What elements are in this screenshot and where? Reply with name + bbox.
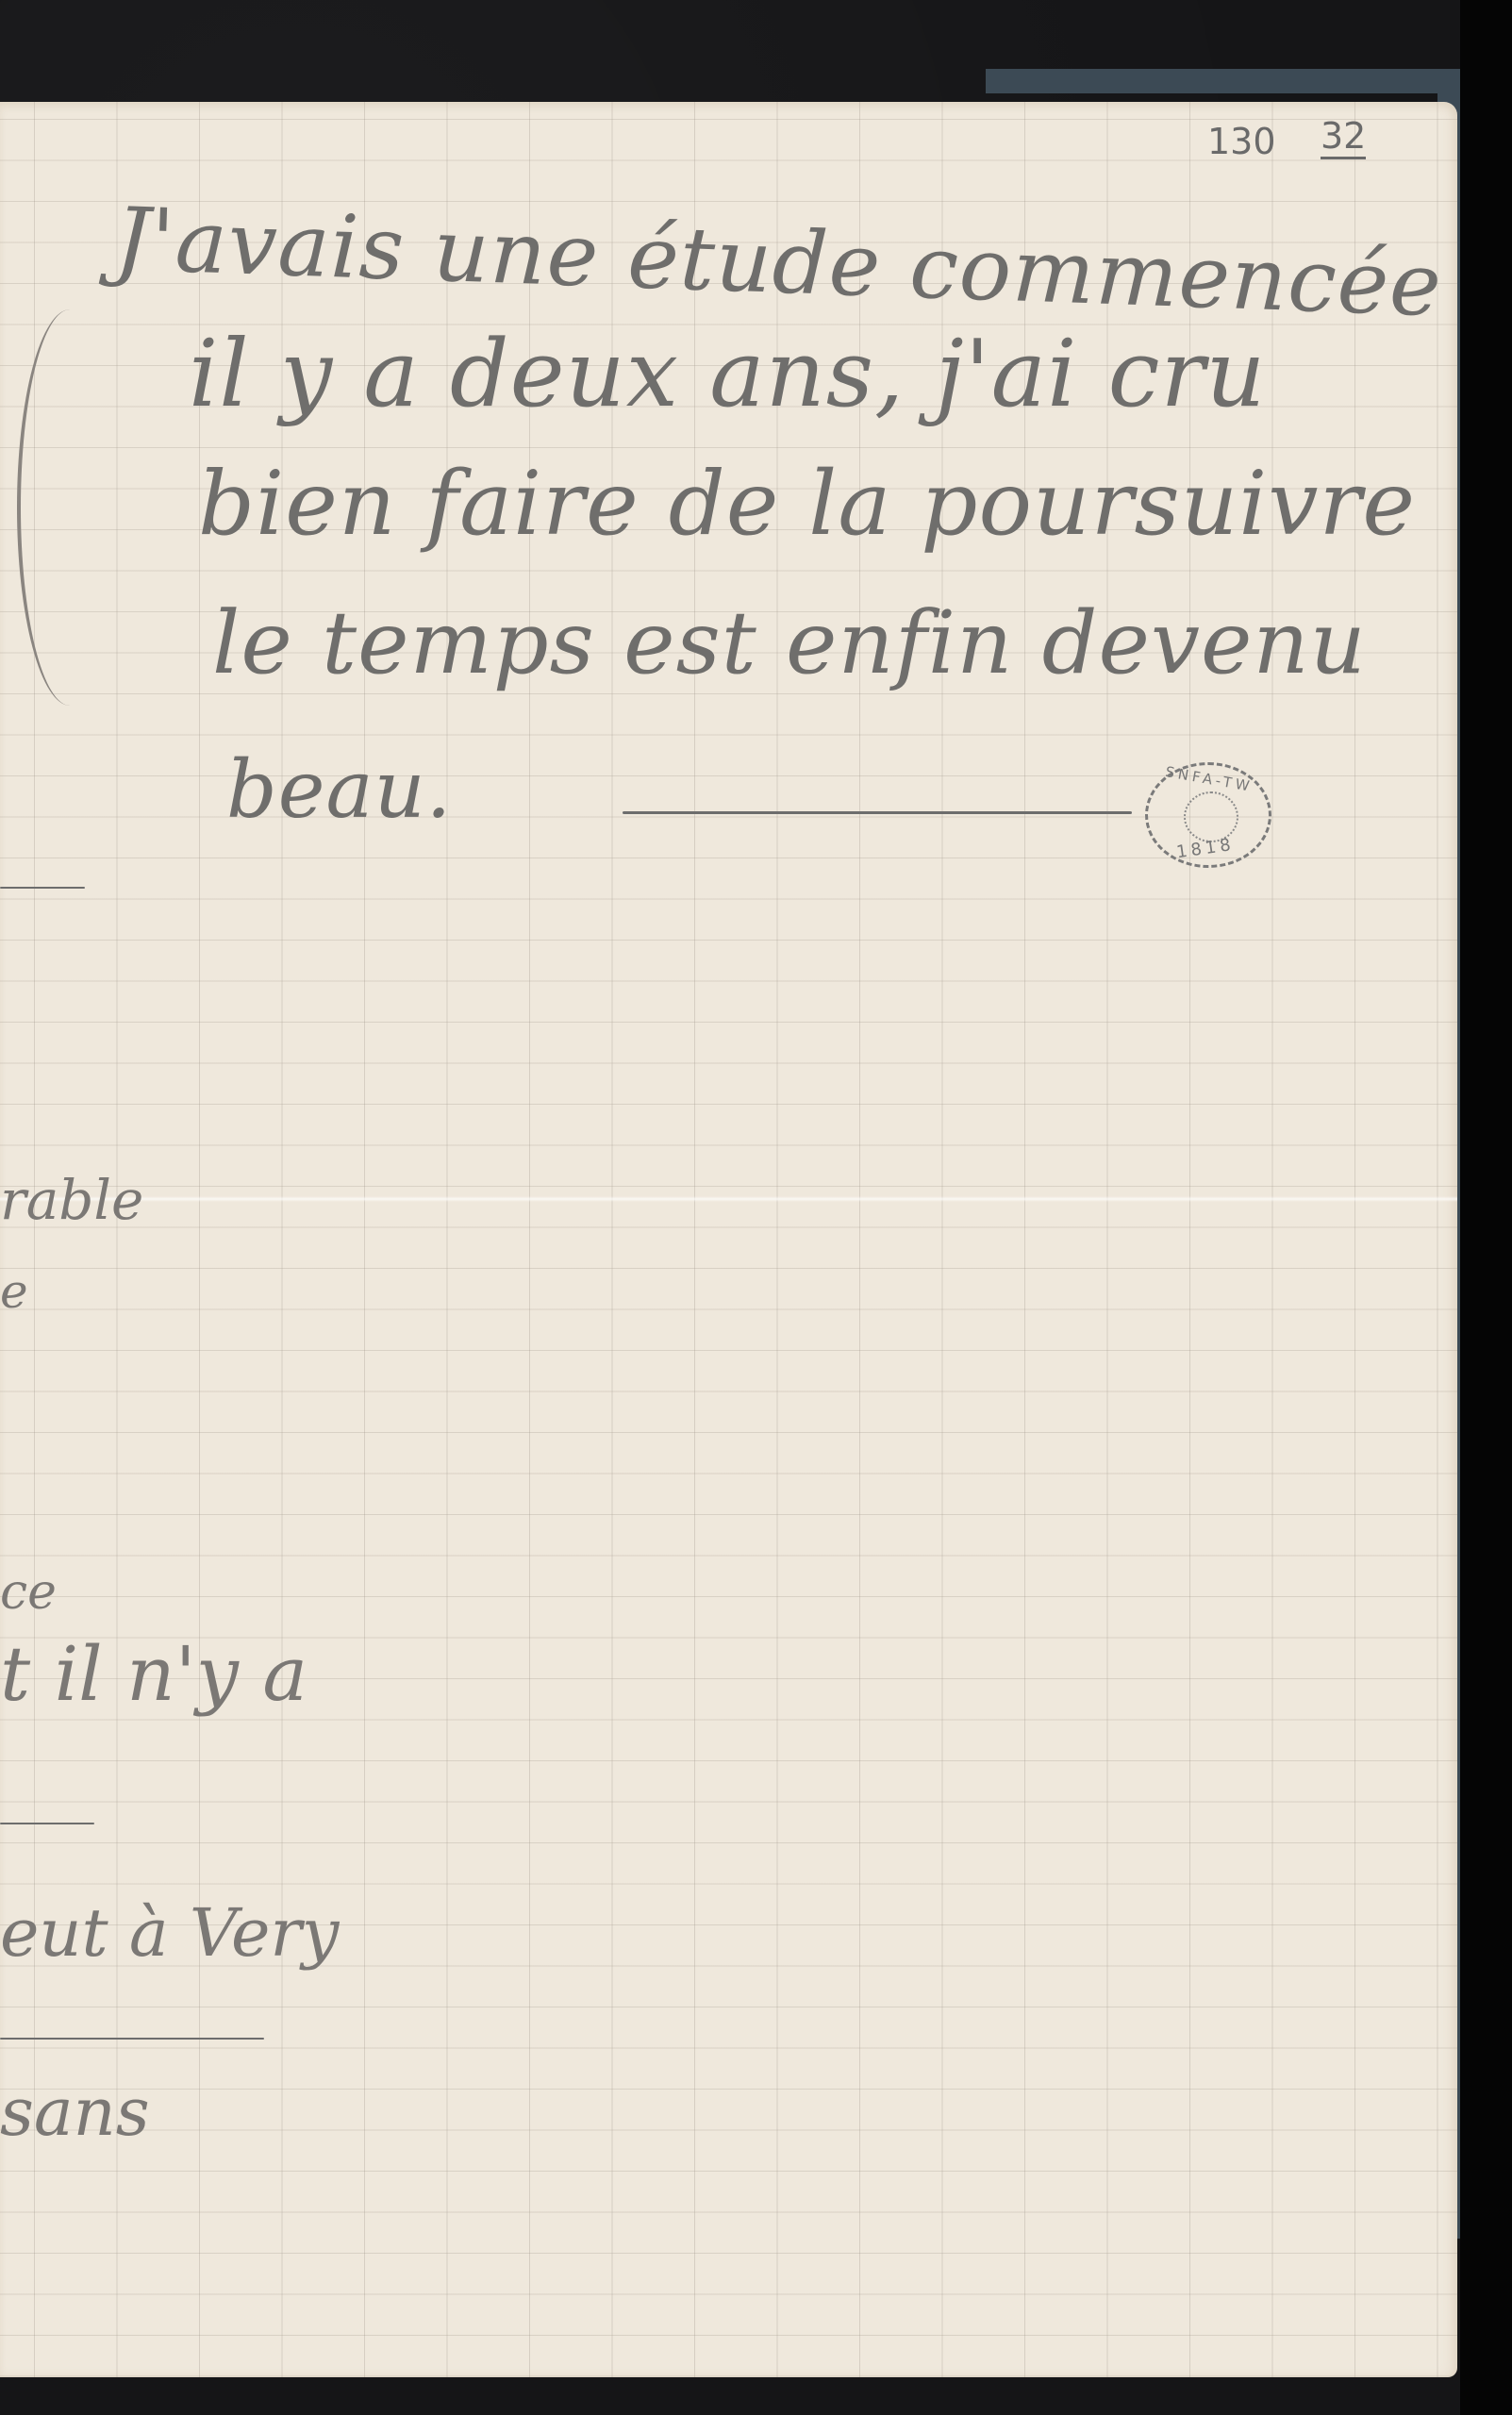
margin-bracket: [17, 309, 106, 706]
margin-underline: [0, 2038, 264, 2040]
text-line-3: bien faire de la poursuivre: [198, 453, 1416, 556]
margin-fragment-5: eut à Very: [0, 1894, 339, 1972]
text-line-2: il y a deux ans, j'ai cru: [189, 321, 1266, 428]
folio-new-number: 32: [1321, 115, 1366, 159]
margin-fragment-1: rable: [0, 1168, 143, 1232]
archive-stamp: SNFA-TW 1818: [1145, 762, 1271, 868]
stamp-year: 1818: [1175, 835, 1236, 862]
margin-fragment-4: t il n'y a: [0, 1630, 307, 1718]
manuscript-page: 130 32 J'avais une étude commencée il y …: [0, 102, 1457, 2377]
stamp-text: SNFA-TW: [1164, 763, 1254, 795]
margin-fragment-2: e: [0, 1264, 28, 1319]
margin-fragment-6: sans: [0, 2074, 150, 2151]
text-line-5: beau.: [226, 743, 452, 836]
margin-dash-2: [0, 1823, 94, 1824]
text-line-1: J'avais une étude commencée: [113, 189, 1444, 336]
margin-fragment-3: ce: [0, 1564, 57, 1621]
closing-rule: [623, 811, 1132, 814]
paper-fold: [0, 1196, 1457, 1202]
margin-dash-1: [0, 887, 85, 889]
text-line-4: le temps est enfin devenu: [212, 592, 1367, 693]
scan-edge: [1460, 0, 1512, 2415]
folio-old-number: 130: [1207, 121, 1276, 162]
